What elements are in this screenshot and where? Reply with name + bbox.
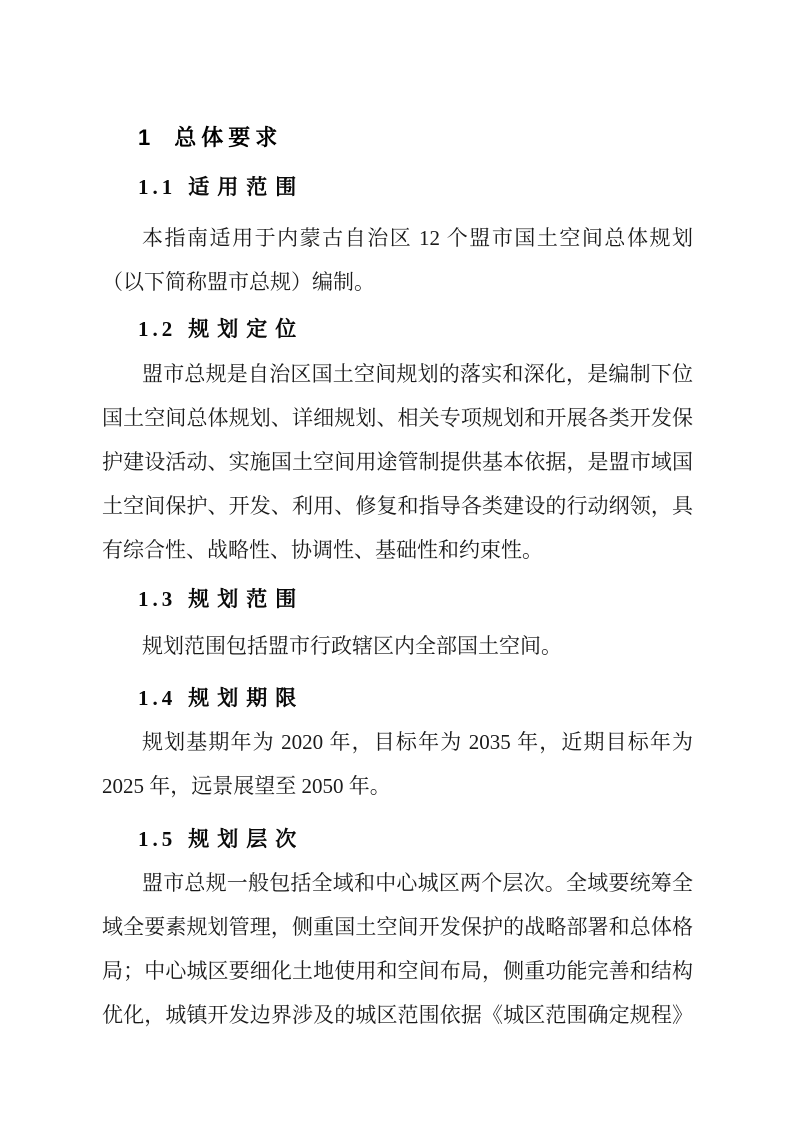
section-heading-1-5: 1.5规划层次 (102, 817, 729, 861)
section-title: 规划层次 (188, 827, 304, 851)
section-heading-1-1: 1.1适用范围 (102, 165, 729, 209)
body-line: 土空间保护、开发、利用、修复和指导各类建设的行动纲领，具 (102, 484, 693, 528)
section-number: 1.3 (138, 587, 176, 611)
section-heading-1-4: 1.4规划期限 (102, 676, 729, 720)
body-line: 规划范围包括盟市行政辖区内全部国土空间。 (102, 624, 693, 668)
body-line: （以下简称盟市总规）编制。 (102, 260, 693, 304)
body-line: 国土空间总体规划、详细规划、相关专项规划和开展各类开发保 (102, 396, 693, 440)
section-number: 1.4 (138, 686, 176, 710)
section-title: 适用范围 (188, 175, 304, 199)
body-line: 护建设活动、实施国土空间用途管制提供基本依据，是盟市域国 (102, 440, 693, 484)
body-line: 盟市总规是自治区国土空间规划的落实和深化，是编制下位 (102, 352, 693, 396)
chapter-heading: 1总体要求 (102, 116, 729, 160)
section-heading-1-2: 1.2规划定位 (102, 307, 729, 351)
section-title: 规划期限 (188, 686, 304, 710)
body-line: 规划基期年为 2020 年，目标年为 2035 年，近期目标年为 (102, 720, 693, 764)
chapter-title: 总体要求 (174, 125, 282, 150)
section-number: 1.1 (138, 175, 176, 199)
section-title: 规划范围 (188, 587, 304, 611)
body-line: 盟市总规一般包括全域和中心城区两个层次。全域要统筹全 (102, 861, 693, 905)
document-page: 1总体要求 1.1适用范围 本指南适用于内蒙古自治区 12 个盟市国土空间总体规… (0, 0, 800, 1132)
body-line: 优化，城镇开发边界涉及的城区范围依据《城区范围确定规程》 (102, 993, 693, 1037)
chapter-number: 1 (138, 125, 150, 150)
body-line: 域全要素规划管理，侧重国土空间开发保护的战略部署和总体格 (102, 905, 693, 949)
section-number: 1.5 (138, 827, 176, 851)
body-line: 局；中心城区要细化土地使用和空间布局，侧重功能完善和结构 (102, 949, 693, 993)
body-line: 2025 年，远景展望至 2050 年。 (102, 764, 693, 808)
section-number: 1.2 (138, 317, 176, 341)
body-line: 本指南适用于内蒙古自治区 12 个盟市国土空间总体规划 (102, 216, 693, 260)
section-title: 规划定位 (188, 317, 304, 341)
body-line: 有综合性、战略性、协调性、基础性和约束性。 (102, 528, 693, 572)
section-heading-1-3: 1.3规划范围 (102, 577, 729, 621)
